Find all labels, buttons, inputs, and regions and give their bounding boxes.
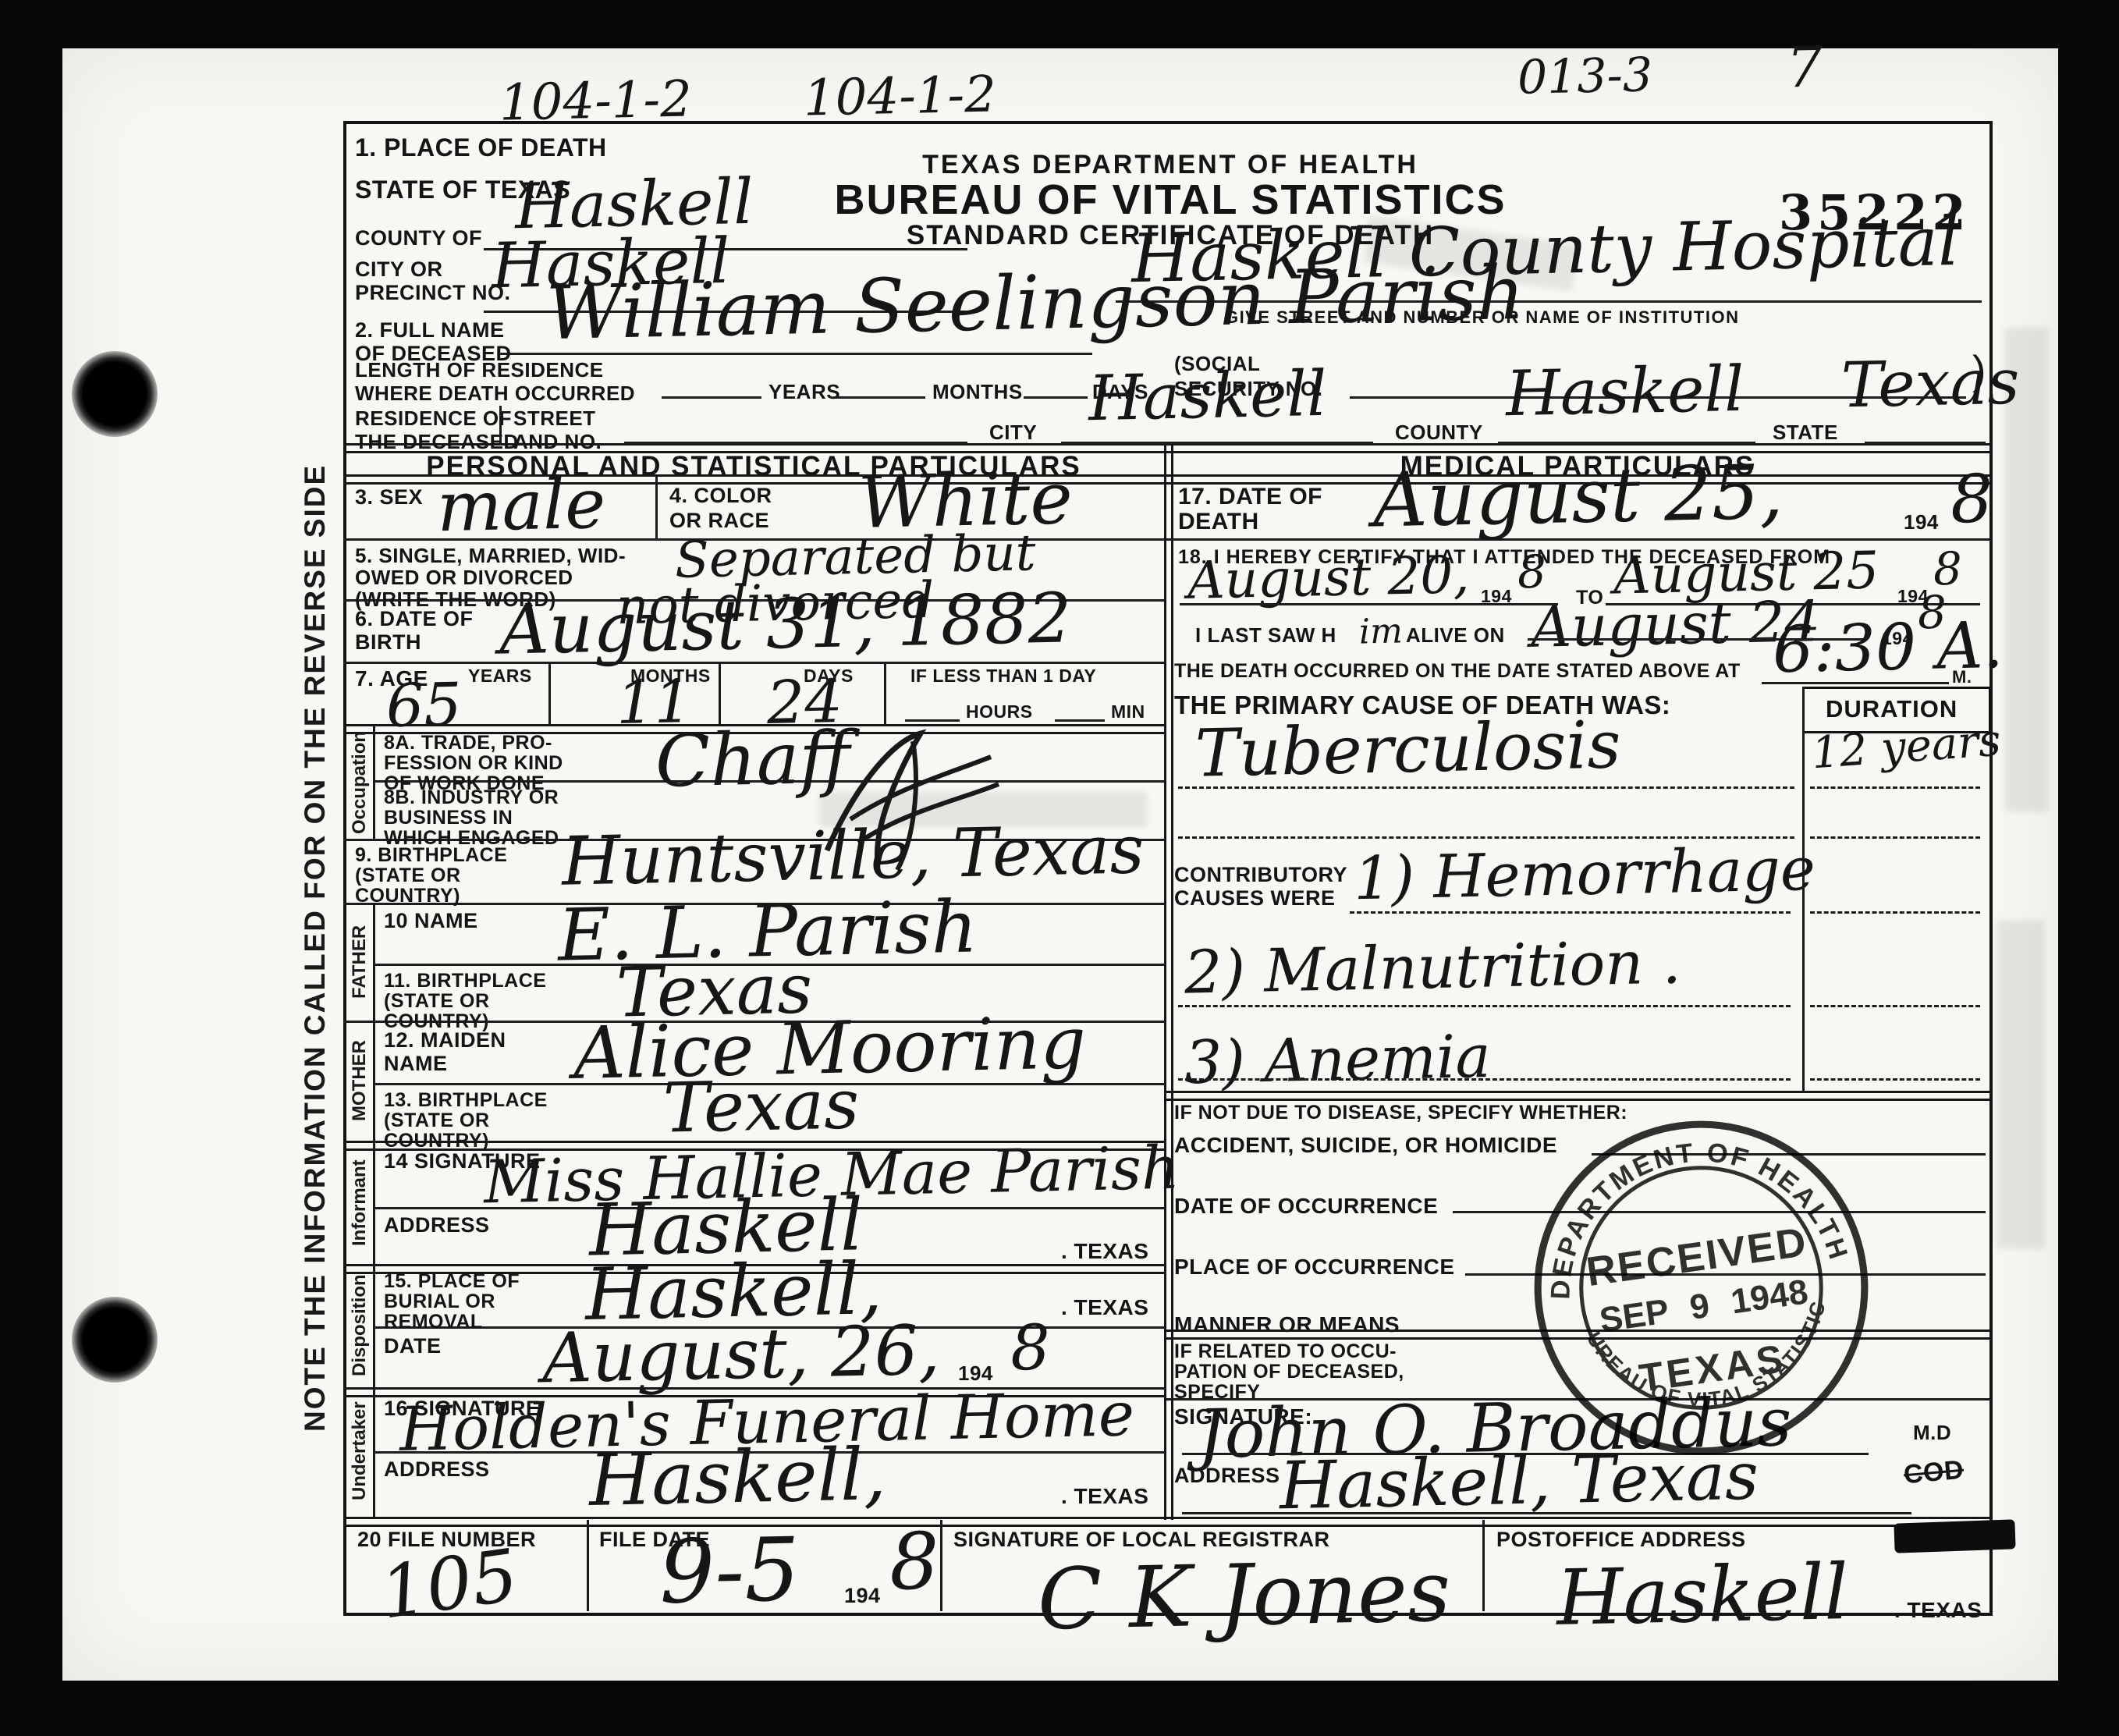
dob-label: 6. DATE OF [355,607,474,630]
burial-place-state: . TEXAS [1061,1295,1148,1319]
field-underline [1498,442,1755,444]
pencil-annotation: 013-3 [1517,51,1652,101]
field-underline [905,719,960,722]
burial-label: BURIAL OR [384,1290,495,1312]
res-city-label: CITY [989,421,1037,444]
burial-date-year: 194 [958,1362,993,1385]
last-saw-pronoun: im [1359,614,1404,649]
punch-hole [72,1297,158,1383]
file-number-value: 105 [376,1539,522,1630]
occupation-b-label: BUSINESS IN [384,807,513,829]
age-less-label: IF LESS THAN 1 DAY [910,666,1096,687]
race-label: OR RACE [669,509,769,532]
occupation-b-label: 8B. INDUSTRY OR [384,786,559,808]
field-underline [1061,442,1373,444]
received-stamp: DEPARTMENT OF HEALTH BUREAU OF VITAL STA… [1505,1092,1897,1484]
res-city-value: Haskell [1088,363,1327,430]
death-time-m: M. [1952,668,1972,687]
marital-label: OWED OR DIVORCED [355,566,573,589]
postoffice-label: POSTOFFICE ADDRESS [1496,1528,1746,1551]
attended-from-value: August 20, [1187,549,1470,607]
header-department: TEXAS DEPARTMENT OF HEALTH [922,150,1418,179]
residence-label: RESIDENCE OF [355,407,512,430]
field-underline [833,396,925,399]
punch-hole [72,351,158,437]
contributory-label: CONTRIBUTORY [1174,863,1347,886]
res-state-value: Texas [1840,351,2020,417]
contributory-cause-3: 3) Anemia [1184,1027,1491,1092]
side-label-occupation: Occupation [346,727,373,838]
father-birthplace-label: 11. BIRTHPLACE [384,970,546,992]
field-underline [662,396,761,399]
mother-birthplace-label: 13. BIRTHPLACE [384,1089,548,1111]
residence-length-label: WHERE DEATH OCCURRED [355,382,635,405]
field-underline [499,353,1092,355]
burial-date-value: August, 26, [541,1316,940,1393]
occupation-a-label: FESSION OR KIND [384,752,563,774]
age-hours-label: HOURS [966,702,1033,722]
residence-label: THE DECEASED [355,431,519,453]
occupation-related-label: PATION OF DECEASED, [1174,1361,1404,1383]
field-underline [1178,1005,1791,1007]
scan-artifact [1997,921,2044,1248]
cell-divider [884,662,886,724]
death-occurred-label: THE DEATH OCCURRED ON THE DATE STATED AB… [1174,660,1741,682]
burial-date-label: DATE [384,1334,442,1358]
accident-label: ACCIDENT, SUICIDE, OR HOMICIDE [1174,1133,1557,1157]
race-label: 4. COLOR [669,484,772,507]
field-underline [1762,682,1949,684]
field-underline [1178,1078,1791,1081]
birthplace-value: Huntsville, Texas [561,816,1145,896]
contributory-label: CAUSES WERE [1174,886,1336,910]
birthplace-label: (STATE OR [355,864,461,886]
field-underline [1182,1512,1911,1514]
footer-divider [940,1520,942,1611]
burial-label: REMOVAL [384,1311,483,1333]
margin-note: NOTE THE INFORMATION CALLED FOR ON THE R… [295,406,335,1490]
cell-divider [719,662,721,724]
field-underline [1810,786,1980,789]
death-date-year8: 8 [1950,466,1993,533]
mother-birthplace-label: (STATE OR [384,1109,490,1131]
contributory-cause-2: 2) Malnutrition . [1184,932,1681,1002]
death-certificate-scan: NOTE THE INFORMATION CALLED FOR ON THE R… [0,0,2119,1736]
undertaker-address-state: . TEXAS [1061,1484,1148,1508]
mother-birthplace-value: Texas [662,1070,860,1142]
side-label-mother: MOTHER [346,1022,373,1139]
sex-label: 3. SEX [355,485,423,509]
field-underline [1810,1005,1980,1007]
city-label: CITY OR [355,257,443,281]
physician-address-label: ADDRESS [1174,1464,1280,1487]
res-county-label: COUNTY [1395,421,1483,444]
years-label: YEARS [768,381,840,403]
alive-on-label: ALIVE ON [1406,624,1505,647]
last-saw-label: I LAST SAW H [1195,624,1336,647]
marital-label: 5. SINGLE, MARRIED, WID- [355,545,626,567]
informant-address-state: . TEXAS [1061,1239,1148,1263]
postoffice-state: . TEXAS [1894,1598,1982,1622]
place-of-death-label: 1. PLACE OF DEATH [355,134,607,162]
contributory-cause-1: 1) Hemorrhage [1353,840,1816,908]
undertaker-address-label: ADDRESS [384,1457,490,1481]
city-label: PRECINCT NO. [355,281,511,304]
mother-maiden-label: NAME [384,1052,448,1075]
postoffice-value: Haskell [1556,1554,1849,1637]
field-underline [1178,786,1794,789]
birthplace-label: COUNTRY) [355,885,460,907]
street-label: STREET [513,407,596,430]
death-date-year: 194 [1904,511,1939,534]
file-date-year: 194 [844,1584,881,1607]
age-years-label: YEARS [468,666,532,687]
redaction-mark: COD [1902,1455,1965,1490]
burial-date-year8: 8 [1010,1316,1051,1379]
field-underline [624,442,967,444]
section-divider [1166,1091,1989,1101]
field-underline [1180,603,1558,605]
mother-maiden-label: 12. MAIDEN [384,1028,506,1052]
residence-length-label: LENGTH OF RESIDENCE [355,359,604,382]
field-underline [1350,911,1791,914]
registrar-signature: C K Jones [1037,1550,1451,1642]
side-label-father: FATHER [346,905,373,1018]
age-min-label: MIN [1111,702,1145,722]
field-underline [1055,719,1105,722]
field-underline [1810,836,1980,839]
cause-value: Tuberculosis [1194,712,1621,786]
side-label-informant: Informant [346,1143,373,1262]
father-name-label: 10 NAME [384,909,478,932]
mother-birthplace-label: COUNTRY) [384,1130,489,1152]
res-county-value: Haskell [1505,358,1745,425]
father-birthplace-label: (STATE OR [384,990,490,1012]
attended-to-year8: 8 [1933,546,1962,592]
side-label-undertaker: Undertaker [346,1389,373,1514]
label-divider [499,406,502,443]
county-label: COUNTY OF [355,226,482,250]
death-date-label: DEATH [1178,509,1259,535]
months-label: MONTHS [932,381,1023,403]
side-strip-line [373,903,375,1518]
field-underline [1810,1078,1980,1081]
redaction-blob [1894,1519,2015,1553]
pencil-annotation: 104-1-2 [803,69,996,123]
side-label-disposition: Disposition [346,1266,373,1385]
sex-value: male [436,470,606,542]
file-date-value: 9-5 [658,1526,801,1617]
date-occurrence-label: DATE OF OCCURRENCE [1174,1194,1438,1218]
full-name-value: William Seelingson Parish [545,257,1525,351]
place-occurrence-label: PLACE OF OCCURRENCE [1174,1255,1455,1279]
death-date-label: 17. DATE OF [1178,484,1322,510]
footer-divider [587,1520,589,1611]
side-strip-line [373,726,375,839]
attended-from-year8: 8 [1517,549,1546,595]
duration-value: 12 years [1810,719,2002,776]
dob-label: BIRTH [355,630,421,654]
burial-label: 15. PLACE OF [384,1270,520,1292]
age-years-value: 65 [385,675,462,736]
footer-divider [1482,1520,1485,1611]
field-underline [1865,442,1986,444]
occupation-a-label: 8A. TRADE, PRO- [384,732,552,754]
street-label: AND NO. [513,431,602,453]
not-disease-label: IF NOT DUE TO DISEASE, SPECIFY WHETHER: [1174,1102,1627,1124]
physician-md-label: M.D [1913,1422,1951,1444]
cell-divider [655,476,658,538]
field-underline [1024,396,1088,399]
death-date-value: August 25, [1372,455,1784,538]
occupation-related-label: IF RELATED TO OCCU- [1174,1340,1397,1362]
field-underline [1810,911,1980,914]
column-divider [1164,443,1173,1520]
dob-value: August 31, 1882 [499,584,1072,664]
pencil-annotation: 7 [1786,39,1823,96]
birthplace-label: 9. BIRTHPLACE [355,844,507,866]
cell-divider [548,662,551,724]
full-name-label: 2. FULL NAME [355,318,505,342]
informant-address-label: ADDRESS [384,1213,490,1237]
res-state-label: STATE [1773,421,1838,444]
file-date-year8: 8 [889,1522,940,1601]
undertaker-address-value: Haskell, [588,1439,886,1517]
